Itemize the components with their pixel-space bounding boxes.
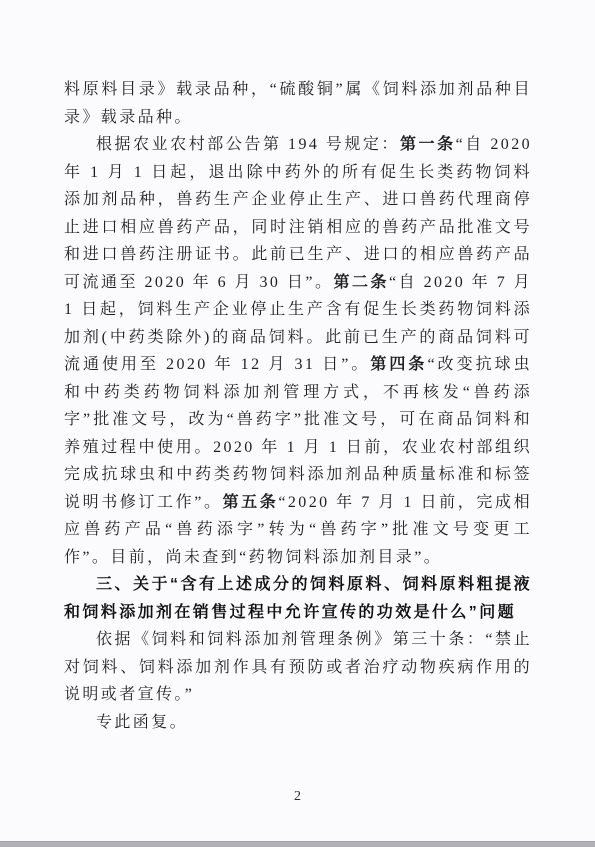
page-body: 料原料目录》载录品种，“硫酸铜”属《饲料添加剂品种目录》载录品种。 根据农业农村… [64,76,532,736]
paragraph-reply-basis: 依据《饲料和饲料添加剂管理条例》第三十条：“禁止对饲料、饲料添加剂作具有预防或者… [64,626,532,709]
page-number: 2 [0,789,595,805]
text-run: 依据《饲料和饲料添加剂管理条例》第三十条：“禁止对饲料、饲料添加剂作具有预防或者… [64,631,532,703]
text-run-article-4: 第四条 [370,356,427,373]
text-run: 根据农业农村部公告第 194 号规定： [96,136,400,153]
text-run-article-1: 第一条 [400,136,456,153]
section-heading-3: 三、关于“含有上述成分的饲料原料、饲料原料粗提液和饲料添加剂在销售过程中允许宣传… [64,571,532,626]
text-run: “自 2020 年 1 月 1 日起，退出除中药外的所有促生长类药物饲料添加剂品… [64,136,532,291]
paragraph-closing: 专此函复。 [64,709,532,737]
text-run: “改变抗球虫和中药类药物饲料添加剂管理方式，不再核发“兽药添字”批准文号，改为“… [64,356,532,511]
text-run-article-5: 第五条 [223,494,279,511]
text-run: 专此函复。 [96,714,188,731]
heading-text: 三、关于“含有上述成分的饲料原料、饲料原料粗提液和饲料添加剂在销售过程中允许宣传… [64,576,532,621]
text-run: 料原料目录》载录品种，“硫酸铜”属《饲料添加剂品种目录》载录品种。 [64,81,532,126]
document-page: 料原料目录》载录品种，“硫酸铜”属《饲料添加剂品种目录》载录品种。 根据农业农村… [0,0,595,847]
page-bottom-edge [0,841,595,847]
paragraph-regulation-194: 根据农业农村部公告第 194 号规定：第一条“自 2020 年 1 月 1 日起… [64,131,532,571]
paragraph-continuation: 料原料目录》载录品种，“硫酸铜”属《饲料添加剂品种目录》载录品种。 [64,76,532,131]
text-run-article-2: 第二条 [333,274,389,291]
